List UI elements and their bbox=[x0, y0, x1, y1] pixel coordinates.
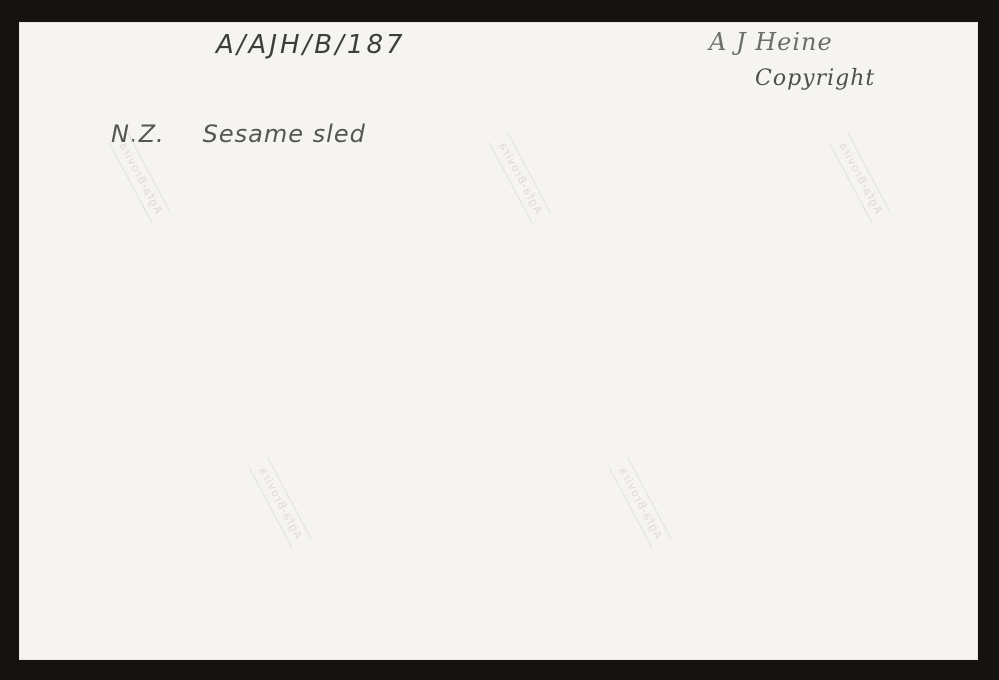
paper-watermark: Agfa-Brovira bbox=[829, 132, 892, 224]
photograph-back: A/AJH/B/187 A J Heine Copyright N.Z.Sesa… bbox=[19, 22, 978, 660]
paper-watermark: Agfa-Brovira bbox=[489, 132, 552, 224]
caption-subject: Sesame sled bbox=[203, 120, 366, 148]
paper-watermark: Agfa-Brovira bbox=[609, 457, 672, 549]
reference-number: A/AJH/B/187 bbox=[216, 30, 406, 60]
photographer-signature: A J Heine bbox=[709, 28, 833, 56]
copyright-note: Copyright bbox=[755, 66, 875, 91]
paper-watermark: Agfa-Brovira bbox=[249, 457, 312, 549]
caption: N.Z.Sesame sled bbox=[111, 120, 366, 148]
